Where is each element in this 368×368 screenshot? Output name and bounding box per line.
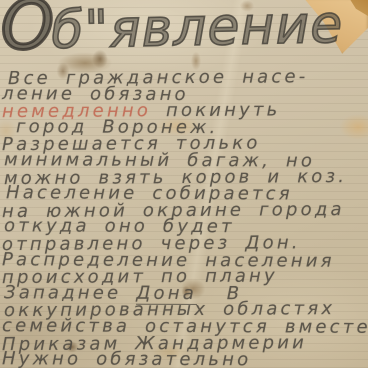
title-initial-letter: О — [0, 0, 55, 66]
page-title: Об"явление — [0, 0, 344, 65]
title-text: б"явление — [51, 0, 344, 61]
body-text: Все гражданское насе-ление обязанонемедл… — [2, 70, 368, 368]
text-line: Нужно обязательно — [2, 351, 368, 368]
announcement-document-photo: Об"явление Все гражданское насе-ление об… — [0, 0, 368, 368]
handwritten-text: Нужно обязательно — [2, 348, 251, 368]
